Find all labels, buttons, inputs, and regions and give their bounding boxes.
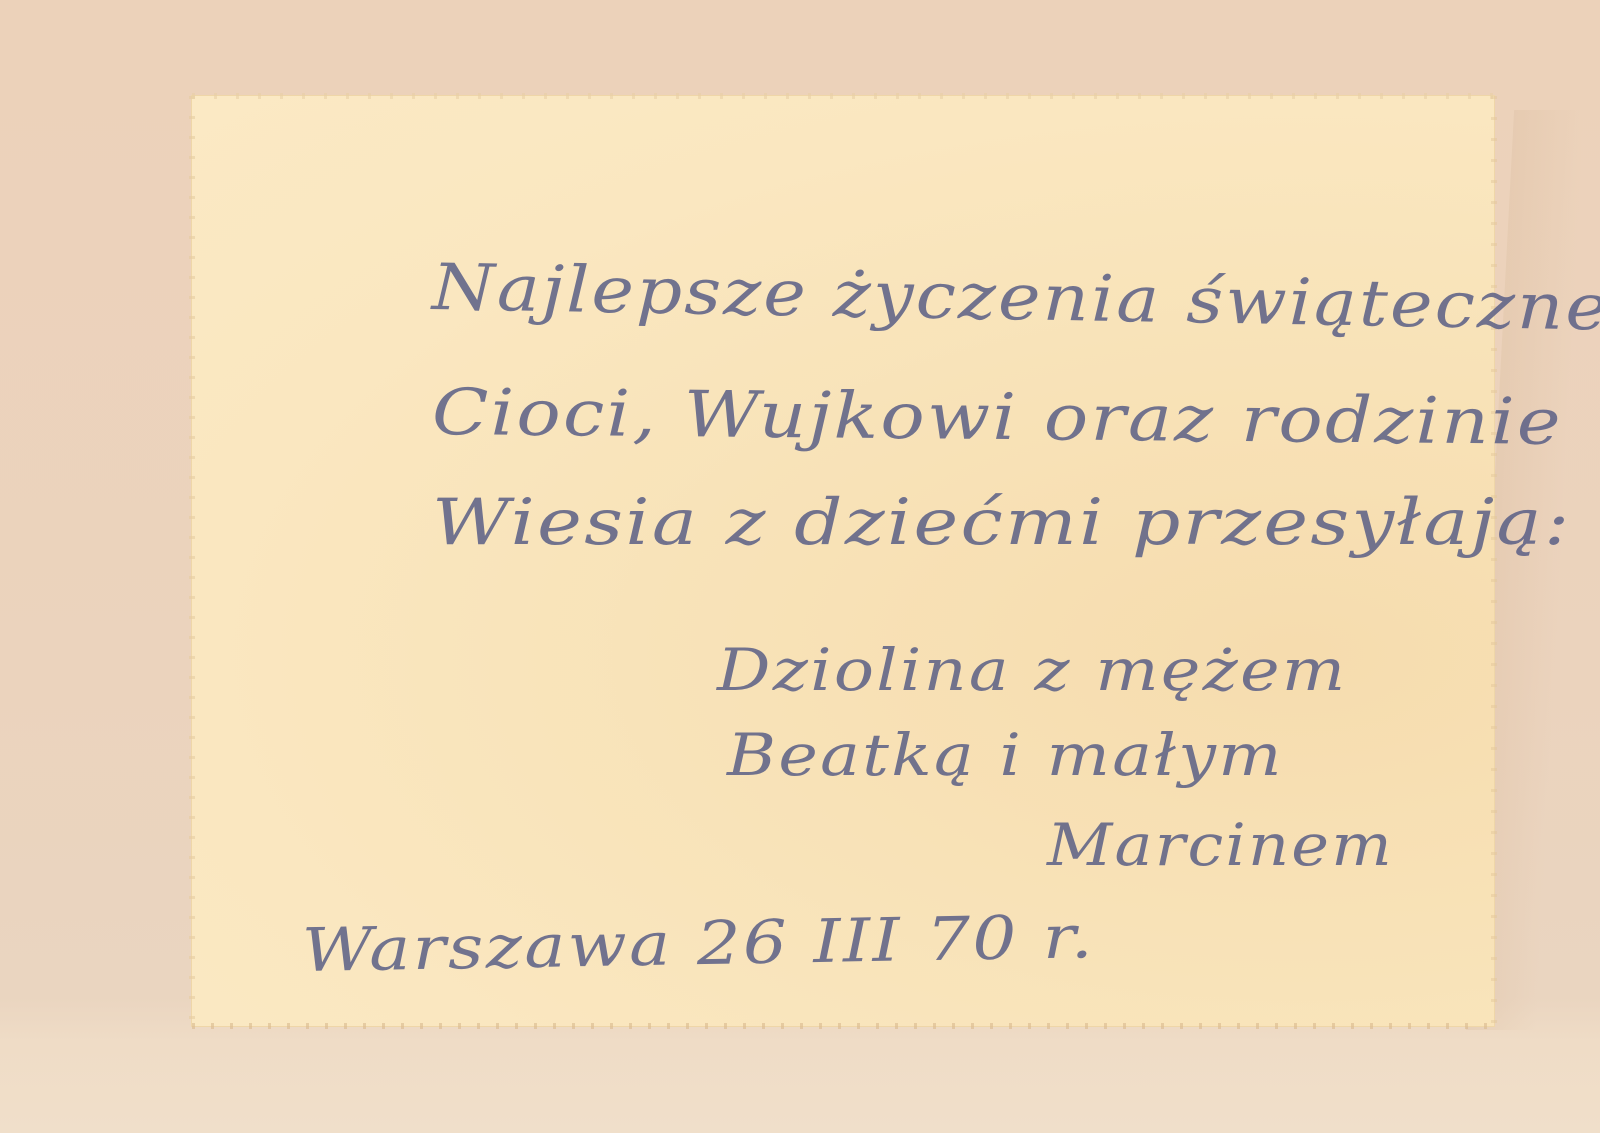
signature-line-1: Dziolina z mężem	[717, 641, 1347, 699]
deckle-edge-left	[189, 96, 195, 1026]
greeting-line-1: Najlepsze życzenia świąteczne	[431, 256, 1600, 341]
deckle-edge-top	[192, 93, 1494, 99]
deckle-edge-bottom	[192, 1023, 1494, 1029]
signature-line-3: Marcinem	[1047, 816, 1394, 874]
greeting-line-3: Wiesia z dziećmi przesyłają:	[432, 491, 1572, 555]
postcard: Najlepsze życzenia świąteczne Cioci, Wuj…	[192, 96, 1494, 1026]
deckle-edge-right	[1491, 96, 1497, 1026]
place-date: Warszawa 26 III 70 r.	[301, 907, 1095, 981]
signature-line-2: Beatką i małym	[727, 726, 1284, 784]
greeting-line-2: Cioci, Wujkowi oraz rodzinie	[432, 381, 1563, 455]
